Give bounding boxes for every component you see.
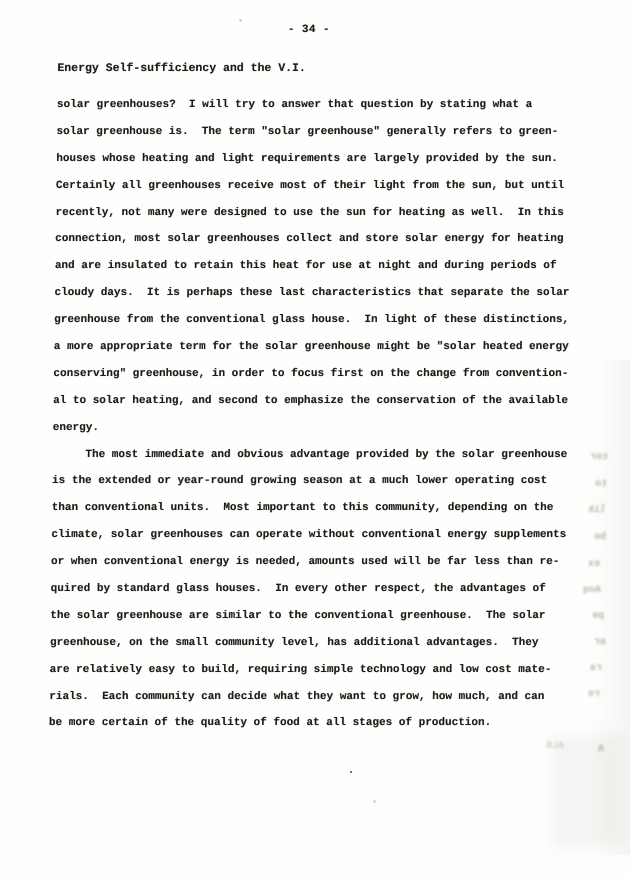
typed-text-layer: - 34 - Energy Self-sufficiency and the V… xyxy=(0,0,630,877)
text-line: The most immediate and obvious advantage… xyxy=(52,442,592,469)
text-line: is the extended or year-round growing se… xyxy=(52,468,592,495)
text-line: are relatively easy to build, requiring … xyxy=(49,657,589,684)
text-line: cloudy days. It is perhaps these last ch… xyxy=(54,280,594,307)
text-line: and are insulated to retain this heat fo… xyxy=(55,253,595,280)
text-line: than conventional units. Most important … xyxy=(52,495,592,522)
document-page: - 34 - Energy Self-sufficiency and the V… xyxy=(0,0,630,877)
text-line: climate, solar greenhouses can operate w… xyxy=(51,522,591,549)
page-number: - 34 - xyxy=(288,24,330,36)
text-line: quired by standard glass houses. In ever… xyxy=(51,576,591,603)
document-body: solar greenhouses? I will try to answer … xyxy=(49,92,597,737)
text-line: greenhouse, on the small community level… xyxy=(50,630,590,657)
text-line: energy. xyxy=(53,415,593,442)
text-line: al to solar heating, and second to empha… xyxy=(53,388,593,415)
text-line: connection, most solar greenhouses colle… xyxy=(55,226,595,253)
text-line: the solar greenhouse are similar to the … xyxy=(50,603,590,630)
text-line: or when conventional energy is needed, a… xyxy=(51,549,591,576)
text-line: solar greenhouse is. The term "solar gre… xyxy=(56,119,596,146)
text-line: greenhouse from the conventional glass h… xyxy=(54,307,594,334)
text-line: houses whose heating and light requireme… xyxy=(56,146,596,173)
text-line: recently, not many were designed to use … xyxy=(55,200,595,227)
text-line: solar greenhouses? I will try to answer … xyxy=(57,92,597,119)
text-line: rials. Each community can decide what th… xyxy=(49,684,589,711)
document-heading: Energy Self-sufficiency and the V.I. xyxy=(57,62,306,75)
text-line: Certainly all greenhouses receive most o… xyxy=(56,173,596,200)
text-line: be more certain of the quality of food a… xyxy=(49,710,589,737)
text-line: a more appropriate term for the solar gr… xyxy=(54,334,594,361)
text-line: conserving" greenhouse, in order to focu… xyxy=(53,361,593,388)
